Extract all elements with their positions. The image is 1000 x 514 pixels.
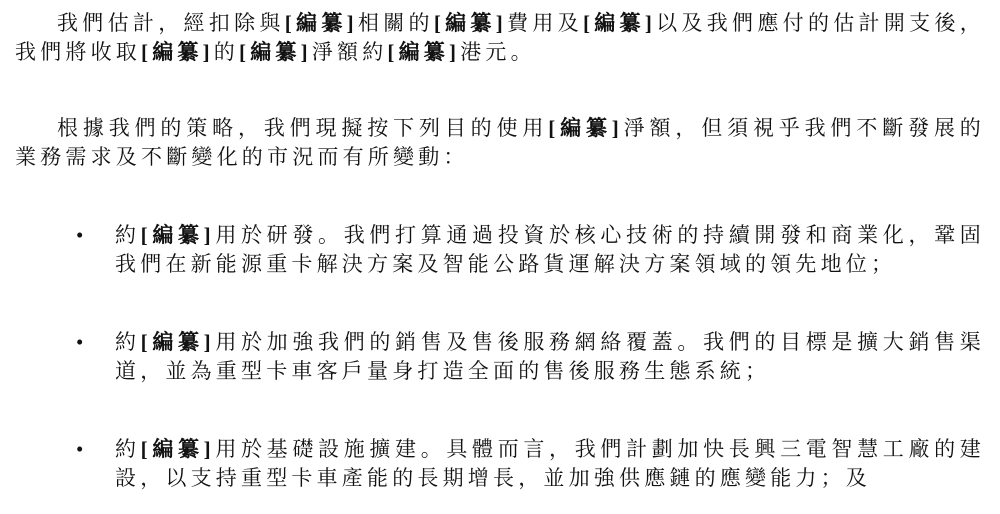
redacted-marker: [編纂] xyxy=(141,437,215,461)
bullet-item-infrastructure-expansion: • 約[編纂]用於基礎設施擴建。具體而言，我們計劃加快長興三電智慧工廠的建設，以… xyxy=(15,435,985,493)
redacted-marker: [編纂] xyxy=(239,40,312,64)
bullet-text-infrastructure-expansion: 約[編纂]用於基礎設施擴建。具體而言，我們計劃加快長興三電智慧工廠的建設，以支持… xyxy=(115,437,985,490)
redacted-marker: [編纂] xyxy=(387,40,460,64)
paragraph-use-of-proceeds-intro: 根據我們的策略，我們現擬按下列目的使用[編纂]淨額，但須視乎我們不斷發展的業務需… xyxy=(15,114,985,172)
redacted-marker: [編纂] xyxy=(141,40,214,64)
bullet-icon: • xyxy=(76,328,83,357)
redacted-marker: [編纂] xyxy=(548,116,623,140)
redacted-marker: [編纂] xyxy=(583,11,656,35)
bullet-item-sales-service-network: • 約[編纂]用於加強我們的銷售及售後服務網絡覆蓋。我們的目標是擴大銷售渠道，並… xyxy=(15,328,985,386)
redacted-marker: [編纂] xyxy=(434,11,507,35)
bullet-text-sales-service-network: 約[編纂]用於加強我們的銷售及售後服務網絡覆蓋。我們的目標是擴大銷售渠道，並為重… xyxy=(115,330,985,383)
bullet-icon: • xyxy=(76,221,83,250)
bullet-item-research-development: • 約[編纂]用於研發。我們打算通過投資於核心技術的持續開發和商業化，鞏固我們在… xyxy=(15,221,985,279)
bullet-text-research-development: 約[編纂]用於研發。我們打算通過投資於核心技術的持續開發和商業化，鞏固我們在新能… xyxy=(115,223,985,276)
paragraph-estimated-net-proceeds: 我們估計，經扣除與[編纂]相關的[編纂]費用及[編纂]以及我們應付的估計開支後，… xyxy=(15,9,985,67)
redacted-marker: [編纂] xyxy=(141,223,215,247)
document-page: 我們估計，經扣除與[編纂]相關的[編纂]費用及[編纂]以及我們應付的估計開支後，… xyxy=(0,0,1000,514)
redacted-marker: [編纂] xyxy=(141,330,215,354)
bullet-icon: • xyxy=(76,435,83,464)
use-of-proceeds-list: • 約[編纂]用於研發。我們打算通過投資於核心技術的持續開發和商業化，鞏固我們在… xyxy=(15,221,985,493)
redacted-marker: [編纂] xyxy=(285,11,358,35)
